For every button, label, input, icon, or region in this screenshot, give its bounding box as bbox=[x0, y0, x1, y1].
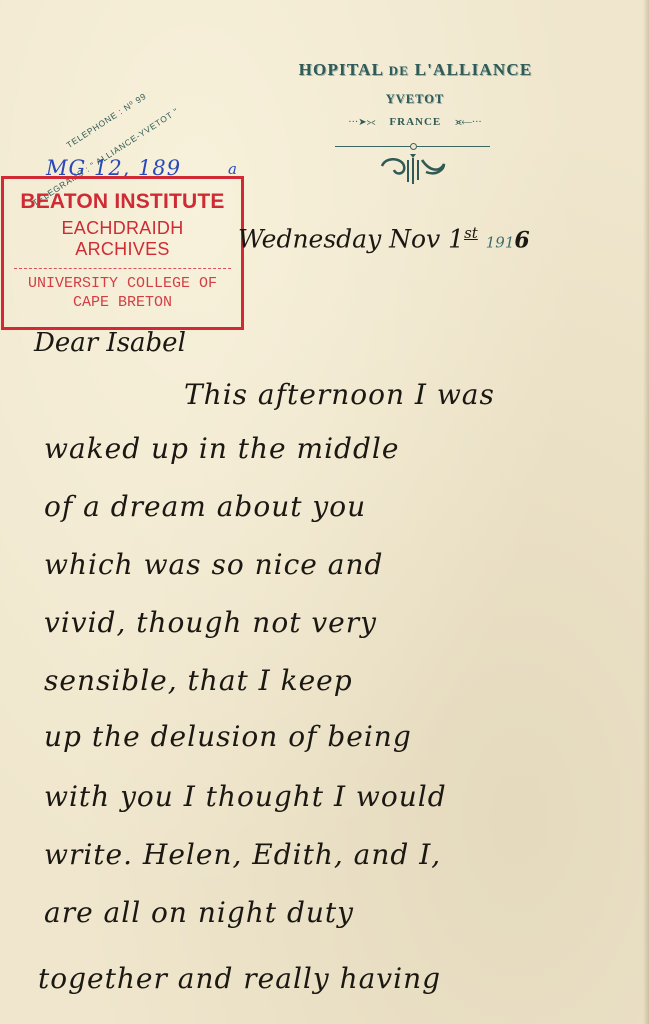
date-year-printed: 191 bbox=[486, 233, 515, 251]
title-hopital: HOPITAL bbox=[299, 60, 384, 79]
letter-line: which was so nice and bbox=[44, 548, 383, 581]
letterhead-country-row: ···➤⪥ FRANCE ⪤⟵··· bbox=[300, 116, 530, 128]
stamp-university: UNIVERSITY COLLEGE OF bbox=[4, 275, 241, 292]
letter-line: This afternoon I was bbox=[184, 378, 495, 411]
page-edge bbox=[643, 0, 649, 1024]
ornament-left-icon: ···➤⪥ bbox=[348, 117, 375, 128]
ornament-right-icon: ⪤⟵··· bbox=[455, 117, 482, 128]
title-alliance: L'ALLIANCE bbox=[415, 60, 533, 79]
letter-date: Wednesday Nov 1st 1916 bbox=[238, 224, 530, 253]
title-de: DE bbox=[389, 63, 409, 78]
flourish-ornament-icon bbox=[378, 152, 448, 186]
letter-page: TELEPHONE : Nº 99 TELEGRAMS : " ALLIANCE… bbox=[0, 0, 649, 1024]
letterhead-city: YVETOT bbox=[330, 92, 500, 107]
letter-line: up the delusion of being bbox=[44, 720, 412, 753]
stamp-institute: BEATON INSTITUTE bbox=[4, 190, 241, 214]
stamp-divider bbox=[14, 268, 231, 269]
archive-stamp: BEATON INSTITUTE EACHDRAIDH ARCHIVES UNI… bbox=[1, 176, 244, 330]
divider-dot-icon bbox=[410, 143, 417, 150]
letterhead-title: HOPITAL DE L'ALLIANCE bbox=[238, 60, 593, 80]
letter-line: write. Helen, Edith, and I, bbox=[44, 838, 441, 871]
salutation: Dear Isabel bbox=[34, 328, 186, 358]
date-year-handwritten: 6 bbox=[514, 227, 529, 253]
letterhead-country: FRANCE bbox=[389, 116, 441, 128]
date-suffix: st bbox=[464, 224, 478, 242]
letter-line: are all on night duty bbox=[44, 896, 354, 929]
letter-line: sensible, that I keep bbox=[44, 664, 353, 697]
letter-line: vivid, though not very bbox=[44, 606, 377, 639]
stamp-archives: ARCHIVES bbox=[4, 239, 241, 260]
letter-line: of a dream about you bbox=[44, 490, 366, 523]
stamp-cape-breton: CAPE BRETON bbox=[4, 294, 241, 311]
stamp-eachdraidh: EACHDRAIDH bbox=[4, 218, 241, 239]
letter-line: together and really having bbox=[38, 962, 441, 995]
letter-line: waked up in the middle bbox=[44, 432, 399, 465]
date-day: Wednesday Nov 1 bbox=[238, 224, 464, 253]
letter-line: with you I thought I would bbox=[44, 780, 447, 813]
